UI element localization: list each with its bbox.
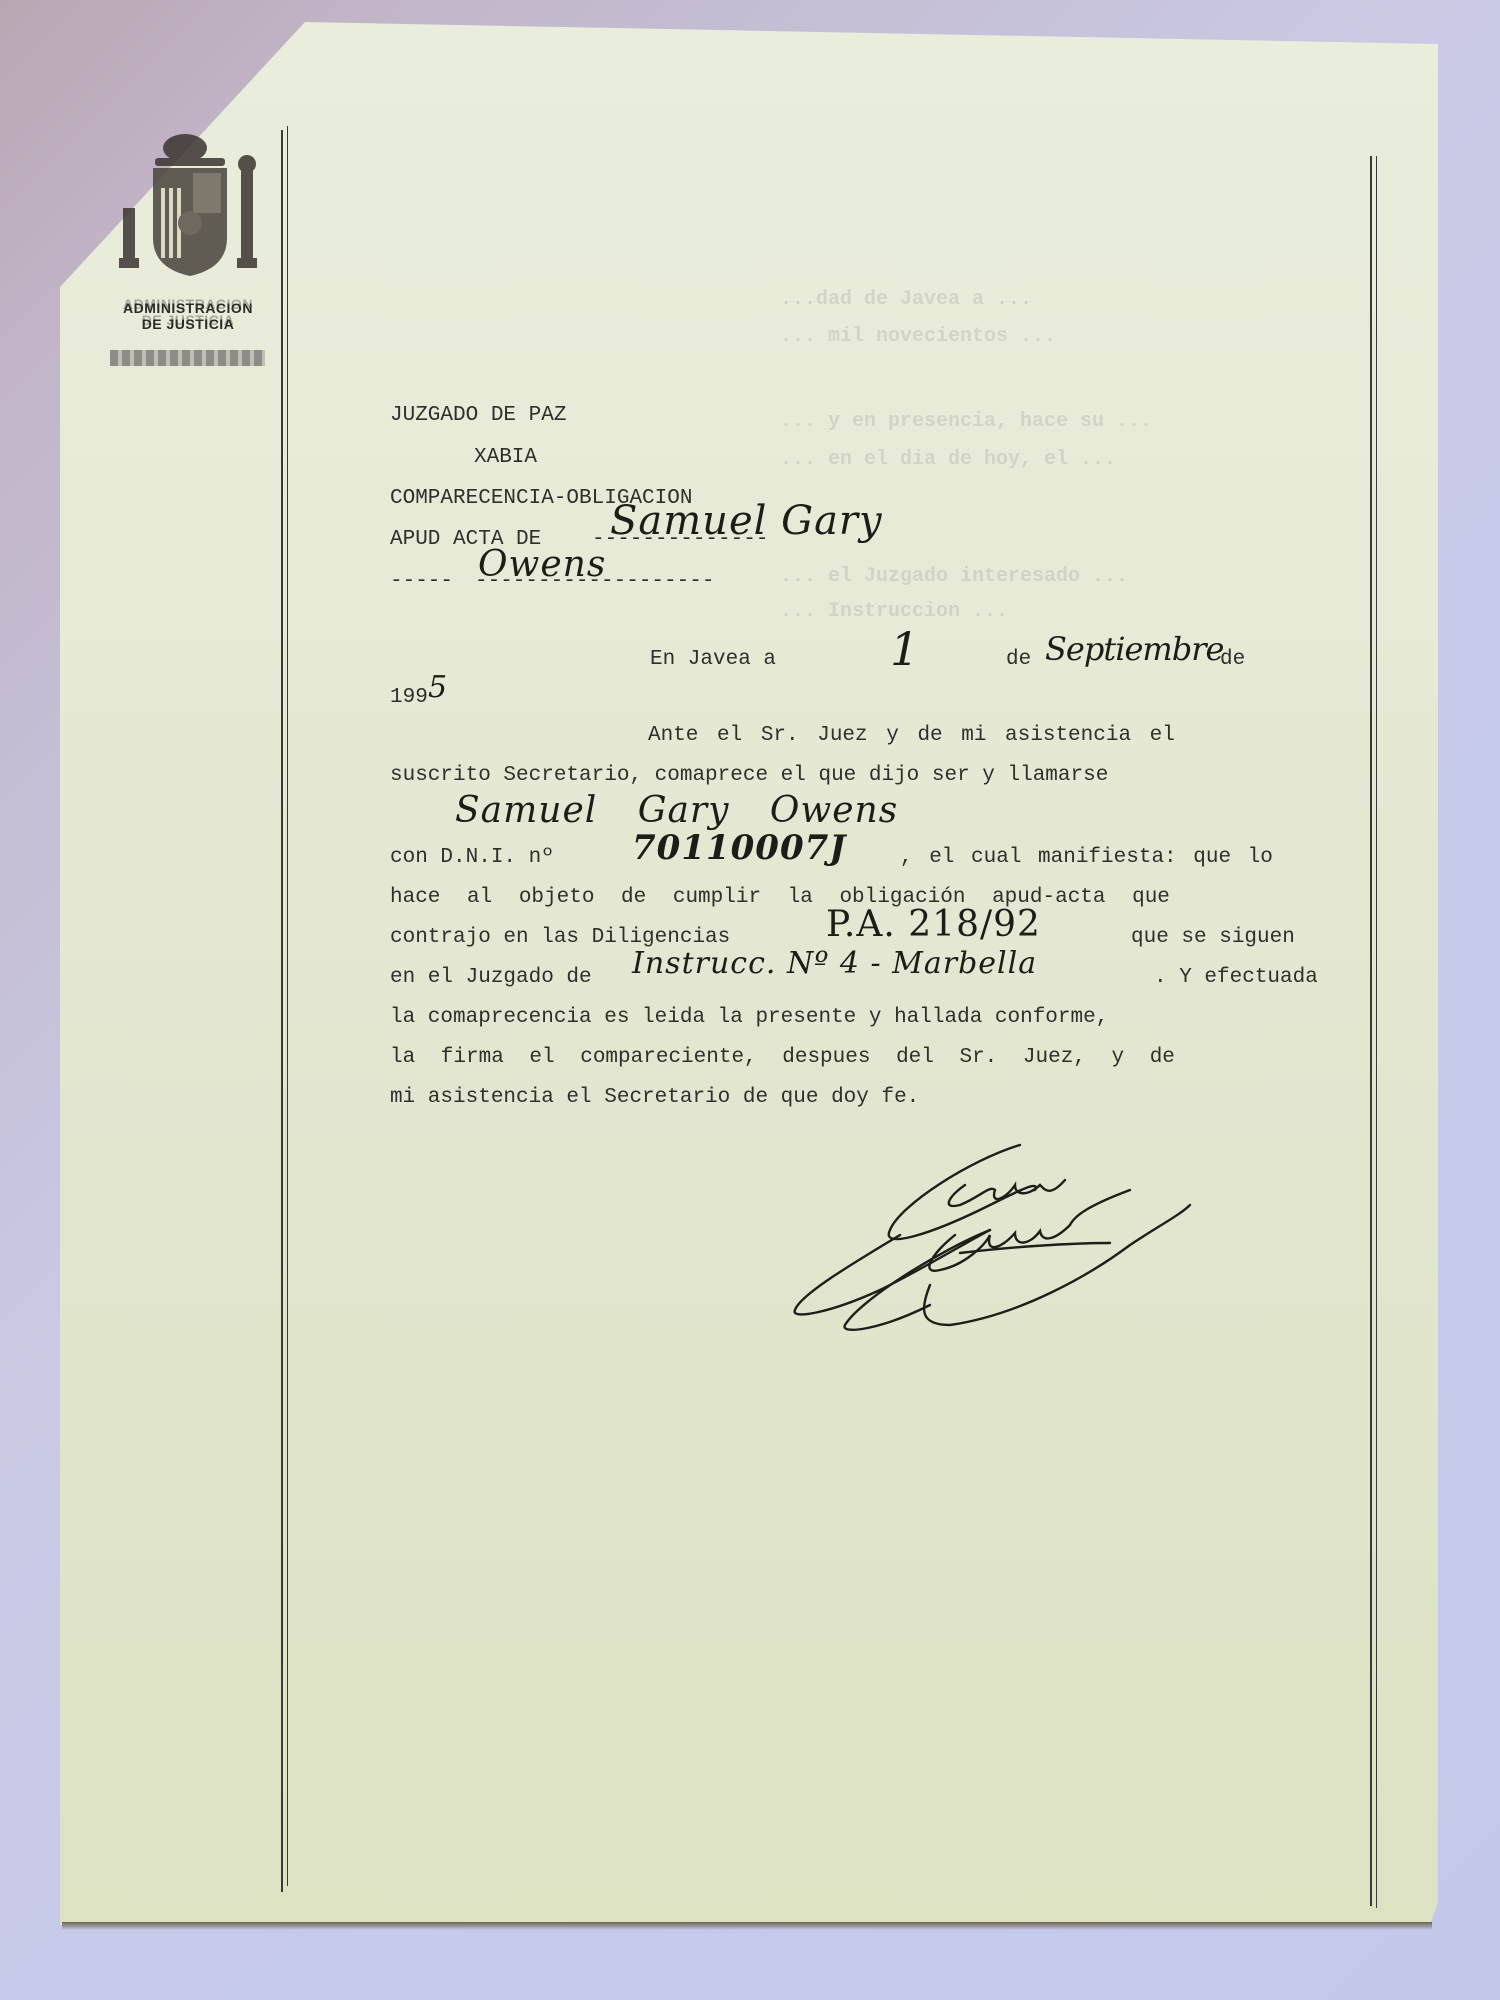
body-line-8: la comaprecencia es leida la presente y … [390,1006,1108,1030]
body-line-9: la firma el compareciente, despues del S… [390,1046,1175,1070]
date-prefix: En Javea a [650,648,776,672]
apud-dashes: ----- [390,570,453,594]
letterhead-bar [110,350,265,366]
body-line-6-suffix: que se siguen [1131,926,1295,950]
handwritten-appearant-name: Samuel Gary Owens [455,790,898,831]
spanish-coat-of-arms-icon [115,128,265,283]
juzgado-prefix: en el Juzgado de [390,966,592,990]
handwritten-name-line-2: Owens [478,544,606,585]
handwritten-name-line-1: Samuel Gary [610,498,883,544]
bleed-through-line: ... mil novecientos ... [780,325,1056,348]
bleed-through-line: ... el Juzgado interesado ... [780,565,1128,588]
body-line-2: suscrito Secretario, comaprece el que di… [390,764,1108,788]
bleed-through-line: ... y en presencia, hace su ... [780,410,1152,433]
dni-prefix: con D.N.I. nº [390,846,554,870]
letterhead-label: ADMINISTRACION DE JUSTICIA ADMINISTRACIO… [108,300,268,332]
handwritten-juzgado: Instrucc. Nº 4 - Marbella [632,946,1037,981]
handwritten-diligencias: P.A. 218/92 [826,904,1041,945]
date-de-2: de [1220,648,1245,672]
right-border-line-inner [1376,156,1377,1908]
signature [790,1135,1210,1335]
handwritten-dni: 70110007J [632,828,846,868]
body-line-4-suffix: , el cual manifiesta: que lo [900,846,1273,870]
left-border-line-outer [281,130,283,1892]
body-line-10: mi asistencia el Secretario de que doy f… [390,1086,919,1110]
date-de-1: de [1006,648,1031,672]
sheet-shadow [62,1922,1432,1930]
left-border-line-inner [287,126,288,1886]
court-name: JUZGADO DE PAZ [390,404,566,428]
handwritten-month: Septiembre [1045,630,1223,668]
body-line-1: Ante el Sr. Juez y de mi asistencia el [648,724,1175,748]
handwritten-day: 1 [890,622,920,676]
bleed-through-line: ... Instruccion ... [780,600,1008,623]
right-border-line-outer [1370,156,1372,1906]
letterhead-label-ghost: ADMINISTRACION DE JUSTICIA [108,296,268,328]
town-name: XABIA [474,446,537,470]
bleed-through-line: ...dad de Javea a ... [780,288,1032,311]
body-line-7-suffix: . Y efectuada [1154,966,1318,990]
year-typed: 199 [390,686,428,710]
handwritten-year-digit: 5 [428,670,448,705]
body-line-5: hace al objeto de cumplir la obligación … [390,886,1170,910]
bleed-through-line: ... en el dia de hoy, el ... [780,448,1116,471]
